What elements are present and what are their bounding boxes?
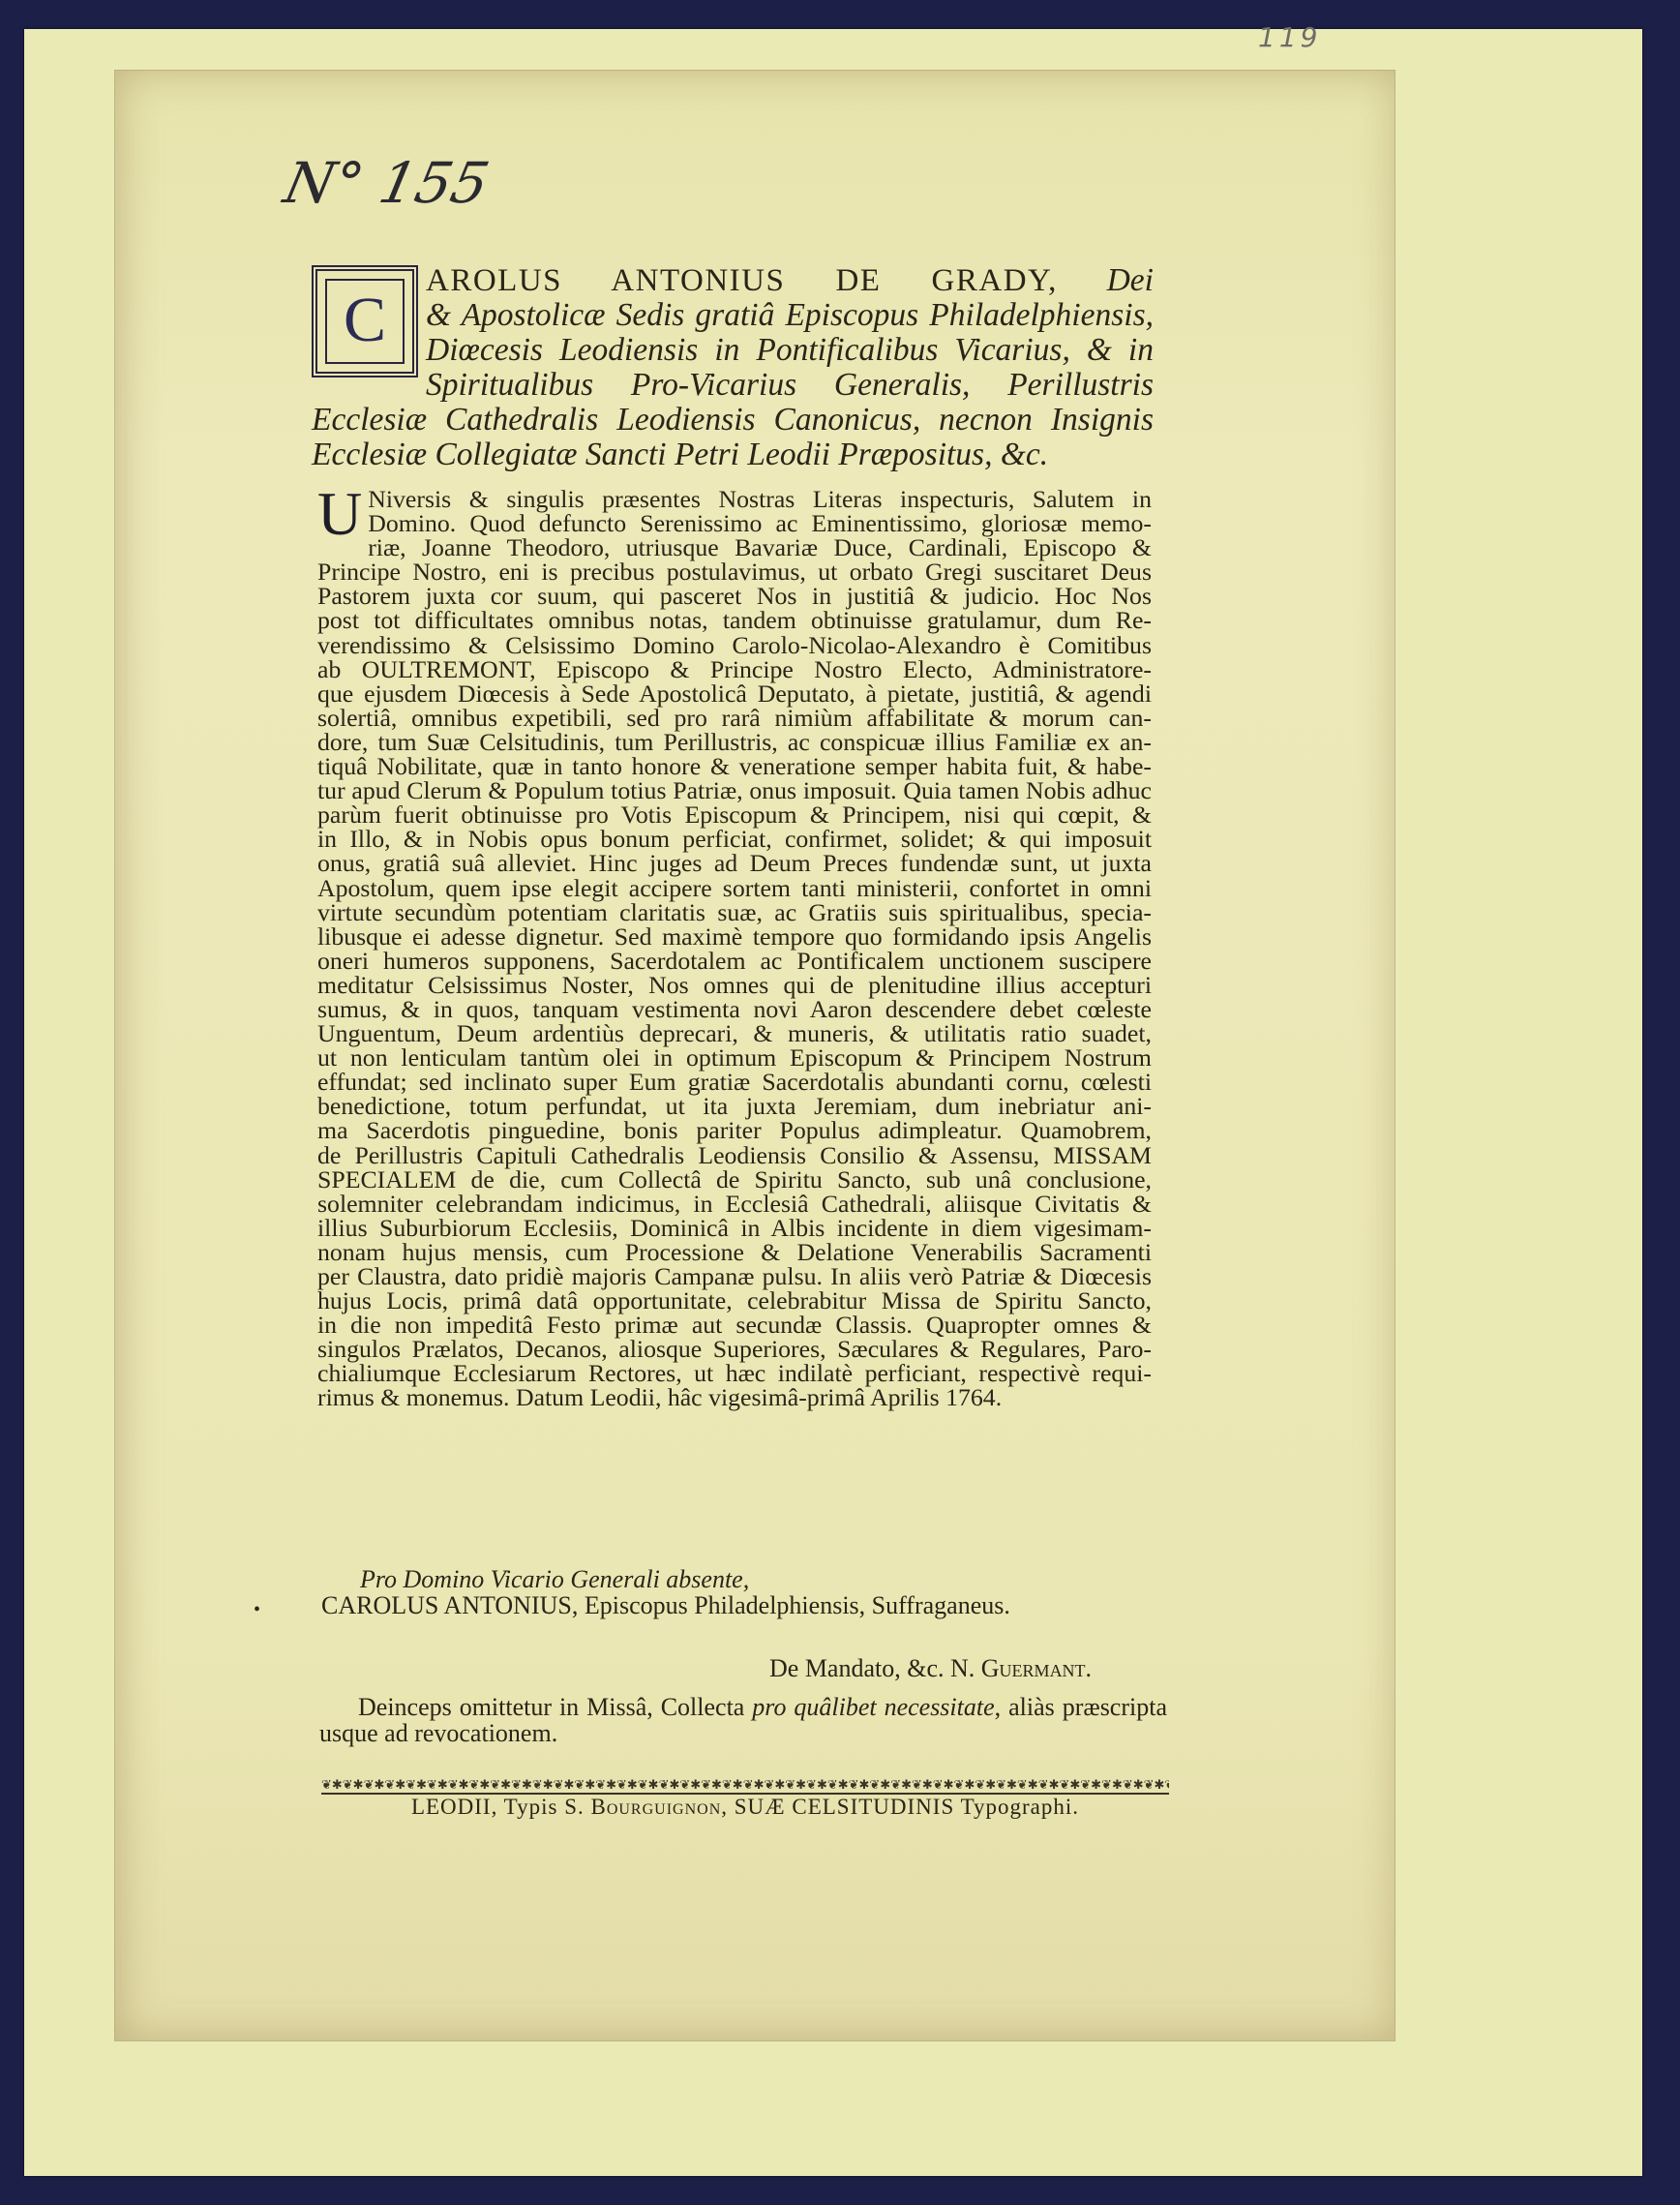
initial-letter: C [312,287,418,354]
body-line: libusque ei adesse dignetur. Sed maximè … [317,924,1152,949]
ornamental-rule-icon: ❦✱❦✱❦✱❦✱❦✱❦✱❦✱❦✱❦✱❦✱❦✱❦✱❦✱❦✱❦✱❦✱❦✱❦✱❦✱❦✱… [321,1779,1169,1795]
body-line: illius Suburbiorum Ecclesiis, Dominicâ i… [317,1216,1152,1240]
note-line: Deinceps omittetur in Missâ, Collecta pr… [319,1694,1167,1720]
body-line: Unguentum, Deum ardentiùs deprecari, & m… [317,1021,1152,1045]
drop-cap: U [317,489,362,539]
body-line: SPECIALEM de die, cum Collectâ de Spirit… [317,1167,1152,1192]
header-line: & Apostolicæ Sedis gratiâ Episcopus Phil… [312,298,1154,333]
body-line: tiquâ Nobilitate, quæ in tanto honore & … [317,754,1152,778]
body-line: Pastorem juxta cor suum, qui pasceret No… [317,584,1152,608]
header-line: Ecclesiæ Collegiatæ Sancti Petri Leodii … [312,438,1154,472]
archive-folio-number: 119 [1258,21,1321,53]
body-line: tur apud Clerum & Populum totius Patriæ,… [317,778,1152,802]
body-line: ma Sacerdotis pinguedine, bonis pariter … [317,1118,1152,1142]
body-line: solemniter celebrandam indicimus, in Ecc… [317,1192,1152,1216]
body-line: meditatur Celsissimus Noster, Nos omnes … [317,973,1152,997]
body-line: in Illo, & in Nobis opus bonum perficiat… [317,827,1152,851]
body-line: virtute secundùm potentiam claritatis su… [317,900,1152,924]
body-line: Niversis & singulis præsentes Nostras Li… [317,487,1152,511]
body-line: dore, tum Suæ Celsitudinis, tum Perillus… [317,730,1152,754]
body-line: solertiâ, omnibus expetibili, sed pro ra… [317,706,1152,730]
body-line: ab OULTREMONT, Episcopo & Principe Nostr… [317,657,1152,681]
manuscript-number: N° 155 [279,150,495,216]
body-line: Principe Nostro, eni is precibus postula… [317,559,1152,584]
body-line: oneri humeros supponens, Sacerdotalem ac… [317,949,1152,973]
document-header: C AROLUS ANTONIUS DE GRADY, Dei & Aposto… [312,263,1154,472]
header-line: Spiritualibus Pro-Vicarius Generalis, Pe… [312,368,1154,403]
margin-mark-icon: • [254,1599,260,1621]
body-line-date: rimus & monemus. Datum Leodii, hâc viges… [317,1385,1152,1409]
body-line: sumus, & in quos, tanquam vestimenta nov… [317,997,1152,1021]
mandate-line: De Mandato, &c. N. Guermant. [769,1655,1092,1682]
body-line: chialiumque Ecclesiarum Rectores, ut hæc… [317,1361,1152,1385]
body-line: per Claustra, dato pridiè majoris Campan… [317,1264,1152,1288]
note-line: usque ad revocationem. [319,1720,1167,1746]
body-line: parùm fuerit obtinuisse pro Votis Episco… [317,802,1152,827]
body-line: que ejusdem Diœcesis à Sede Apostolicâ D… [317,681,1152,706]
postscript-note: Deinceps omittetur in Missâ, Collecta pr… [319,1694,1167,1746]
body-line: benedictione, totum perfundat, ut ita ju… [317,1094,1152,1118]
body-line: verendissimo & Celsissimo Domino Carolo-… [317,633,1152,657]
body-line: effundat; sed inclinato super Eum gratiæ… [317,1070,1152,1094]
body-line: Domino. Quod defuncto Serenissimo ac Emi… [317,511,1152,535]
body-line: Apostolum, quem ipse elegit accipere sor… [317,876,1152,900]
decorative-initial: C [312,265,418,378]
body-line: hujus Locis, primâ datâ opportunitate, c… [317,1288,1152,1313]
body-line: riæ, Joanne Theodoro, utriusque Bavariæ … [317,535,1152,559]
printer-imprint: LEODII, Typis S. Bourguignon, SUÆ CELSIT… [321,1795,1169,1820]
body-line: post tot difficultates omnibus notas, ta… [317,608,1152,632]
body-line: in die non impeditâ Festo primæ aut secu… [317,1313,1152,1337]
header-line: Ecclesiæ Cathedralis Leodiensis Canonicu… [312,403,1154,438]
document-body: U Niversis & singulis præsentes Nostras … [317,487,1152,1410]
body-line: de Perillustris Capituli Cathedralis Leo… [317,1143,1152,1167]
signature-attribution: Pro Domino Vicario Generali absente, [360,1566,749,1593]
body-line: onus, gratiâ suâ alleviet. Hinc juges ad… [317,851,1152,875]
body-line: ut non lenticulam tantùm olei in optimum… [317,1045,1152,1070]
header-line: AROLUS ANTONIUS DE GRADY, Dei [312,263,1154,298]
body-line: nonam hujus mensis, cum Processione & De… [317,1240,1152,1264]
body-line: singulos Prælatos, Decanos, aliosque Sup… [317,1337,1152,1361]
signature-name: CAROLUS ANTONIUS, Episcopus Philadelphie… [321,1592,1010,1619]
header-line: Diœcesis Leodiensis in Pontificalibus Vi… [312,333,1154,368]
